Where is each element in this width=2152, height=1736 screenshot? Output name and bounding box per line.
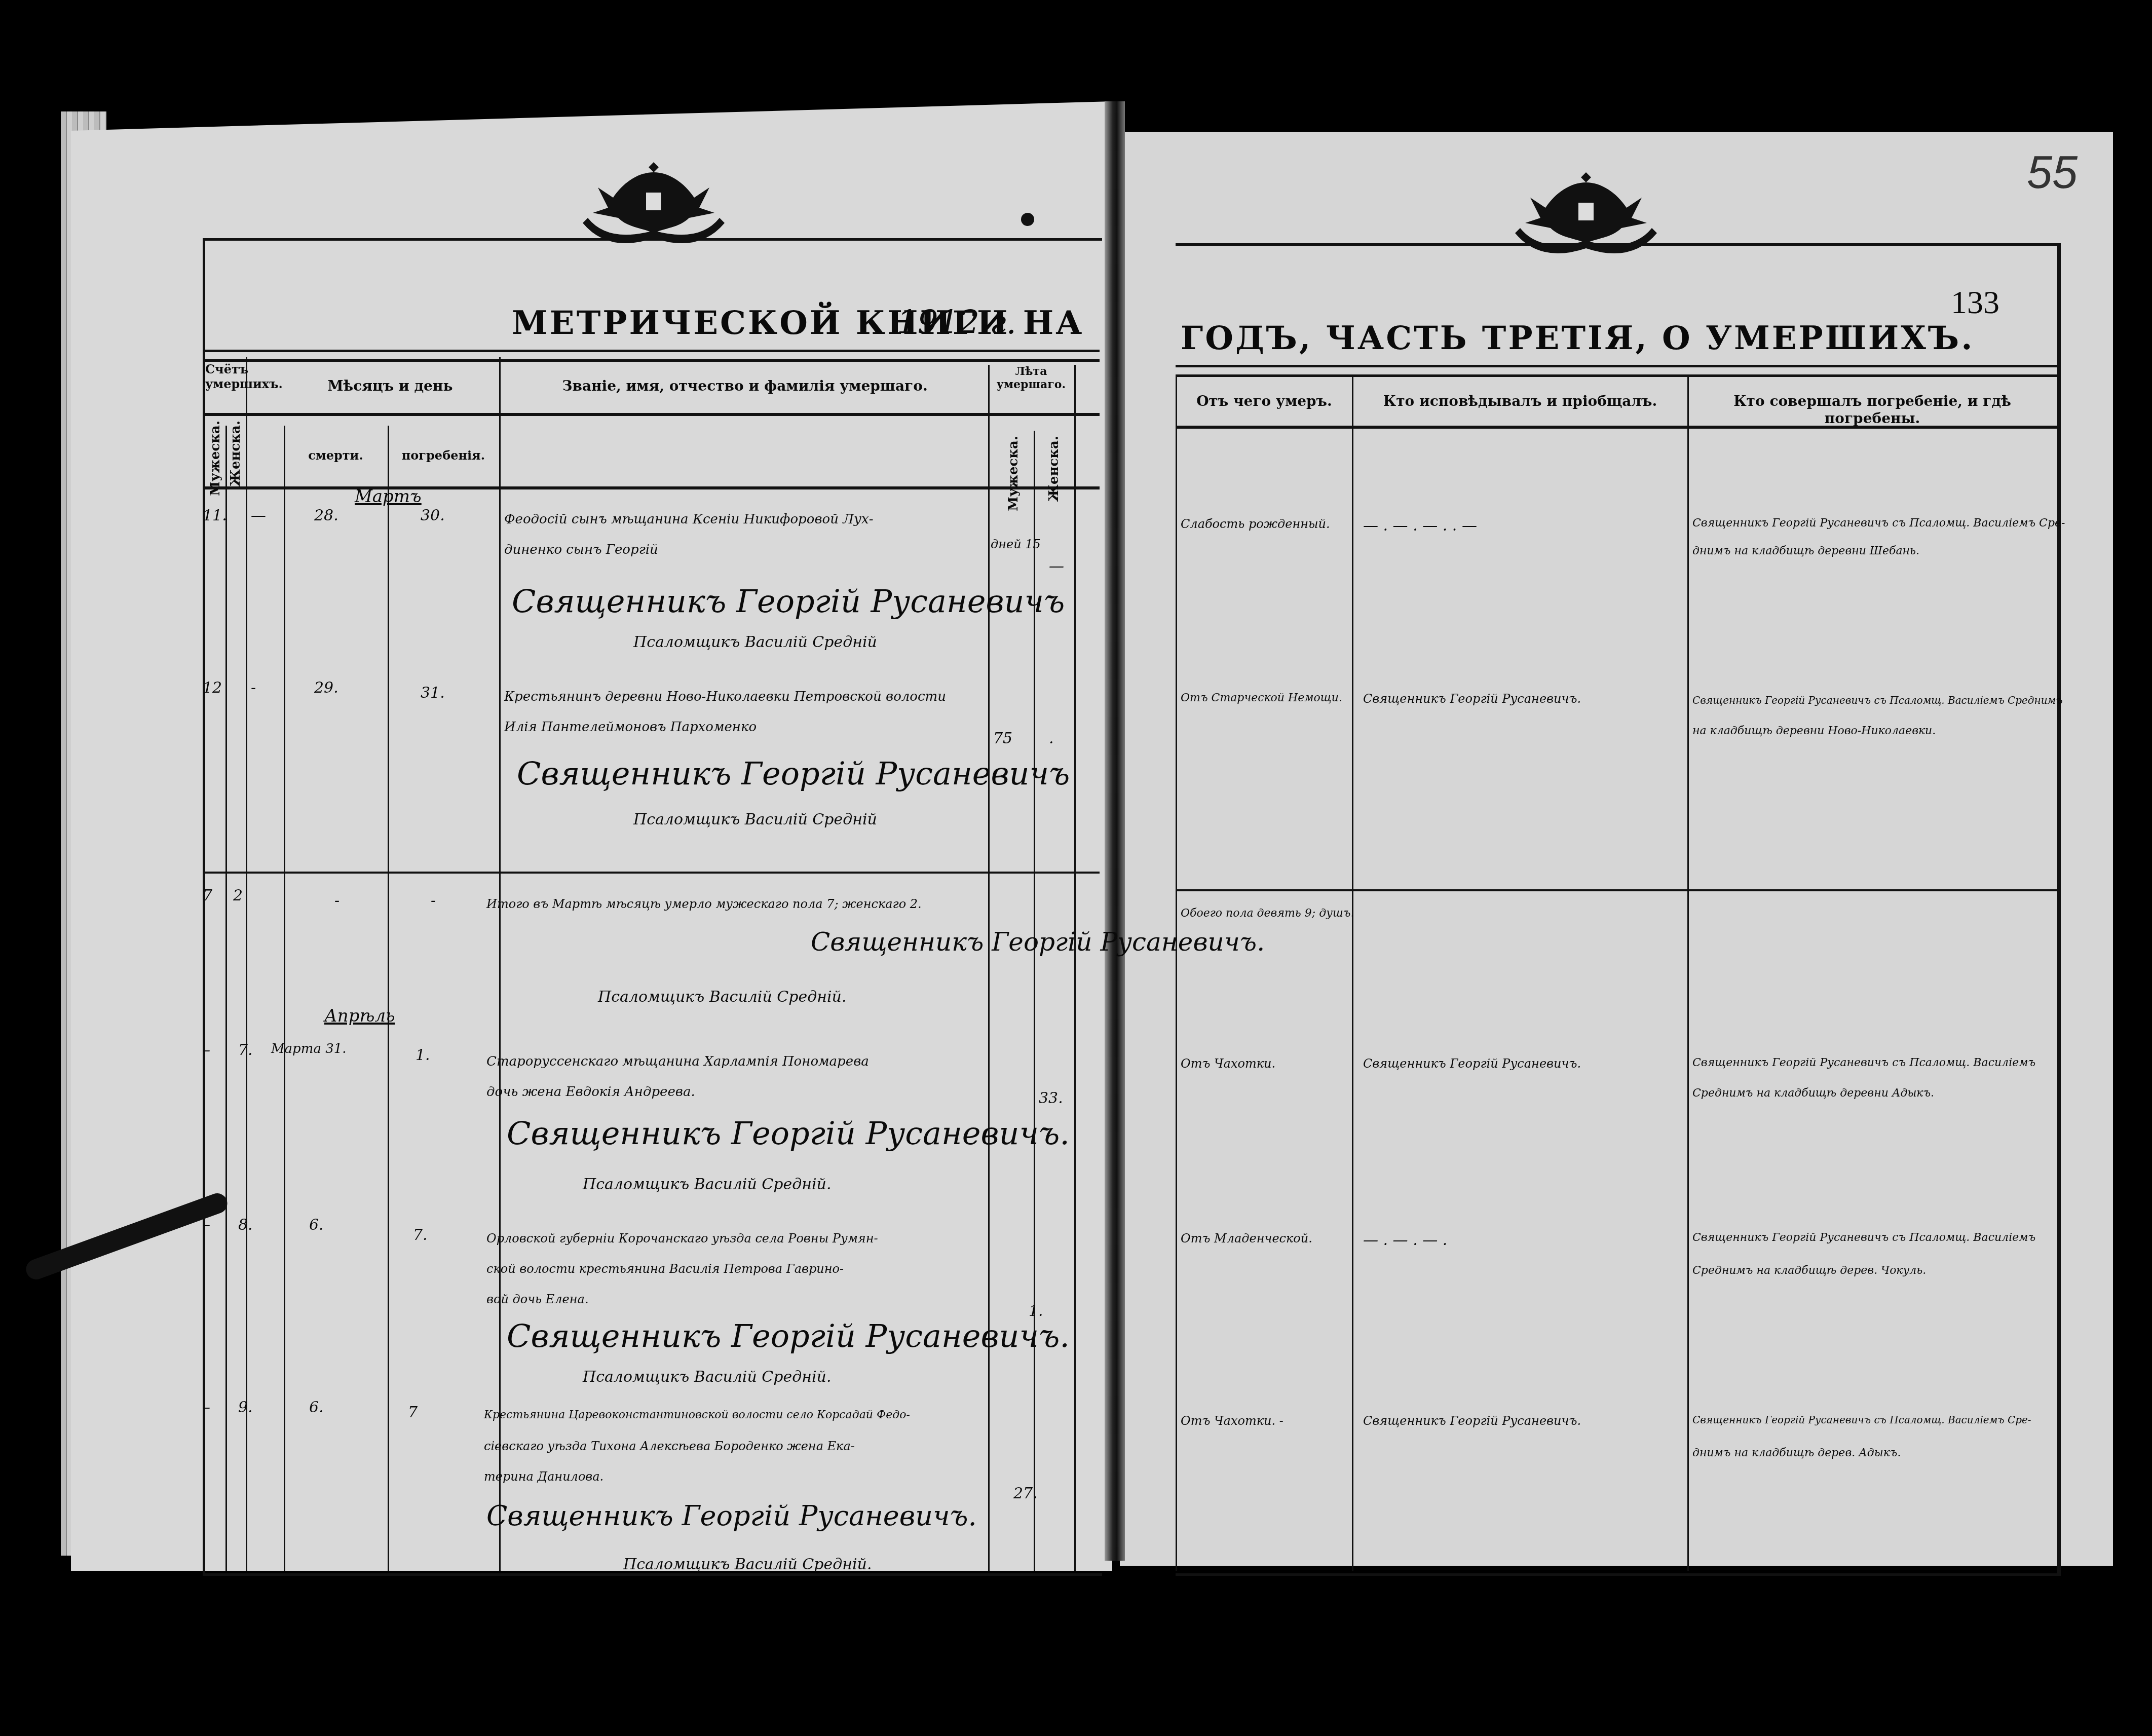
priest-signature: Священникъ Георгій Русаневичъ. <box>507 1317 1070 1354</box>
person-line: Староруссенскаго мѣщанина Харлампія Поно… <box>486 1054 869 1069</box>
burial-day: - <box>431 892 436 910</box>
header-confessor: Кто исповѣдывалъ и пріобщалъ. <box>1353 393 1687 410</box>
psalmist-signature: Псаломщикъ Василій Средній <box>633 633 877 651</box>
col-line <box>225 426 227 1571</box>
burial-by-line: Среднимъ на кладбищѣ деревни Адыкъ. <box>1692 1087 1934 1100</box>
male-count: – <box>203 1399 210 1416</box>
burial-by-line: Священникъ Георгій Русаневичъ съ Псаломщ… <box>1692 1056 2035 1069</box>
priest-signature: Священникъ Георгій Русаневичъ. <box>507 1115 1070 1152</box>
header-death: смерти. <box>284 448 388 463</box>
burial-by-line: Священникъ Георгій Русаневичъ съ Псаломщ… <box>1692 1231 2035 1244</box>
burial-day: 7 <box>408 1404 418 1421</box>
month-label-april: Апрѣль <box>324 1006 395 1026</box>
person-line: Крестьянинъ деревни Ново-Николаевки Петр… <box>504 689 946 704</box>
cause-of-death: Обоего пола девять 9; душъ. <box>1181 907 1354 920</box>
col-line <box>388 426 389 1571</box>
col-line <box>284 426 285 1571</box>
death-day: 29. <box>314 679 338 697</box>
priest-signature: Священникъ Георгій Русаневичъ <box>517 755 1070 792</box>
header-count-male: Мужеска. <box>208 421 223 496</box>
person-line: сіевскаго уѣзда Тихона Алексѣева Бороден… <box>484 1439 855 1453</box>
col-line <box>1176 375 1177 1571</box>
burial-by-line: на кладбищѣ деревни Ново-Николаевки. <box>1692 725 1936 737</box>
female-count: — <box>251 507 266 524</box>
header-count: Счётъ умершихъ. <box>205 362 246 392</box>
male-count: – <box>203 1041 210 1059</box>
title-rule-left <box>203 350 1100 362</box>
cause-of-death: Отъ Чахотки. <box>1181 1056 1275 1071</box>
cause-of-death: Слабость рожденный. <box>1181 517 1330 531</box>
cause-of-death: Отъ Старческой Немощи. <box>1181 692 1342 704</box>
death-day: 6. <box>309 1216 324 1234</box>
male-count: – <box>203 1216 210 1234</box>
col-line <box>499 357 501 1571</box>
burial-day: 1. <box>416 1046 430 1064</box>
burial-by-line: днимъ на кладбищѣ деревни Шебань. <box>1692 545 1919 557</box>
age-female: 33. <box>1039 1089 1063 1107</box>
psalmist-signature: Псаломщикъ Василій Средній. <box>623 1556 872 1573</box>
subheader-divider-left <box>203 486 1100 489</box>
burial-by-line: Священникъ Георгій Русаневичъ съ Псаломщ… <box>1692 694 2062 706</box>
female-count: - <box>251 679 256 697</box>
cause-of-death: Отъ Чахотки. - <box>1181 1414 1283 1428</box>
priest-signature: Священникъ Георгій Русаневичъ. <box>811 927 1265 957</box>
header-burial-by: Кто совершалъ погребеніе, и гдѣ погребен… <box>1690 393 2055 427</box>
section-divider-left <box>203 872 1100 874</box>
male-count: 7 <box>203 887 212 904</box>
male-count: 11. <box>203 507 227 524</box>
age-female: — <box>1049 557 1064 575</box>
death-day: 6. <box>309 1399 324 1416</box>
header-age: Лѣта умершаго. <box>991 365 1072 392</box>
priest-signature: Священникъ Георгій Русаневичъ. <box>486 1500 977 1532</box>
age-female: 27. <box>1013 1485 1038 1502</box>
cause-of-death: Отъ Младенческой. <box>1181 1231 1312 1246</box>
handwritten-folio-number: 55 <box>2027 147 2078 199</box>
age-male: 75 <box>993 730 1012 747</box>
col-line <box>1352 375 1353 1571</box>
confessor: — . — . — . <box>1363 1231 1447 1249</box>
death-day: 28. <box>314 507 338 524</box>
age-male: дней 15 <box>991 537 1041 551</box>
person-line: Феодосій сынъ мѣщанина Ксеніи Никифорово… <box>504 512 873 527</box>
person-line: Итого въ Мартѣ мѣсяцѣ умерло мужескаго п… <box>486 897 922 911</box>
female-count: 9. <box>238 1399 253 1416</box>
psalmist-signature: Псаломщикъ Василій Средній. <box>598 988 846 1006</box>
book-spine <box>1105 101 1125 1561</box>
person-line: терина Данилова. <box>484 1469 603 1484</box>
person-line: диненко сынъ Георгій <box>504 542 658 557</box>
male-count: 12 <box>203 679 222 697</box>
header-age-male: Мужеска. <box>1006 436 1021 511</box>
col-line <box>988 365 990 1571</box>
binding-hole <box>1021 213 1034 226</box>
person-line: дочь жена Евдокія Андреева. <box>486 1084 695 1100</box>
person-line: ской волости крестьянина Василія Петрова… <box>486 1262 844 1276</box>
month-label-march: Мартъ <box>355 486 422 507</box>
header-count-female: Женска. <box>228 421 243 486</box>
burial-by-line: днимъ на кладбищѣ дерев. Адыкъ. <box>1692 1447 1901 1459</box>
female-count: 8. <box>238 1216 253 1234</box>
title-rule-right <box>1176 365 2057 377</box>
burial-day: 30. <box>421 507 445 524</box>
confessor: Священникъ Георгій Русаневичъ. <box>1363 692 1581 706</box>
confessor: — . — . — . . — <box>1363 517 1477 535</box>
death-day: Марта 31. <box>271 1041 347 1056</box>
header-age-female: Женска. <box>1046 436 1062 502</box>
death-day: - <box>334 892 339 910</box>
female-count: 7. <box>238 1041 253 1059</box>
person-line: Крестьянина Царевоконстантиновской волос… <box>484 1409 910 1421</box>
header-divider-left <box>203 413 1100 416</box>
right-page-title: ГОДЪ, ЧАСТЬ ТРЕТІЯ, О УМЕРШИХЪ. <box>1181 319 1974 357</box>
header-month-day: Мѣсяцъ и день <box>284 378 497 395</box>
psalmist-signature: Псаломщикъ Василій Средній. <box>583 1176 831 1193</box>
confessor: Священникъ Георгій Русаневичъ. <box>1363 1414 1581 1428</box>
psalmist-signature: Псаломщикъ Василій Средній <box>633 811 877 828</box>
psalmist-signature: Псаломщикъ Василій Средній. <box>583 1368 831 1386</box>
burial-by-line: Священникъ Георгій Русаневичъ съ Псаломщ… <box>1692 517 2065 530</box>
section-divider-right <box>1176 889 2057 891</box>
year-handwritten: 1912 г. <box>897 304 1016 342</box>
burial-by-line: Среднимъ на кладбищѣ дерев. Чокуль. <box>1692 1264 1926 1277</box>
col-line <box>246 357 247 1571</box>
printed-page-number: 133 <box>1951 284 1999 321</box>
person-line: Илія Пантелеймоновъ Пархоменко <box>504 720 757 735</box>
burial-day: 7. <box>413 1226 428 1244</box>
confessor: Священникъ Георгій Русаневичъ. <box>1363 1056 1581 1071</box>
header-person: Званіе, имя, отчество и фамилія умершаго… <box>502 378 988 395</box>
female-count: 2 <box>233 887 243 904</box>
col-line <box>1687 375 1689 1571</box>
col-line <box>1074 365 1076 1571</box>
priest-signature: Священникъ Георгій Русаневичъ <box>512 583 1065 620</box>
person-line: Орловской губерніи Корочанскаго уѣзда се… <box>486 1231 878 1246</box>
age-female: . <box>1049 730 1054 747</box>
header-cause: Отъ чего умеръ. <box>1178 393 1350 410</box>
header-burial: погребенія. <box>388 448 499 463</box>
burial-by-line: Священникъ Георгій Русаневичъ съ Псаломщ… <box>1692 1414 2031 1426</box>
person-line: вой дочь Елена. <box>486 1292 589 1306</box>
burial-day: 31. <box>421 684 445 702</box>
